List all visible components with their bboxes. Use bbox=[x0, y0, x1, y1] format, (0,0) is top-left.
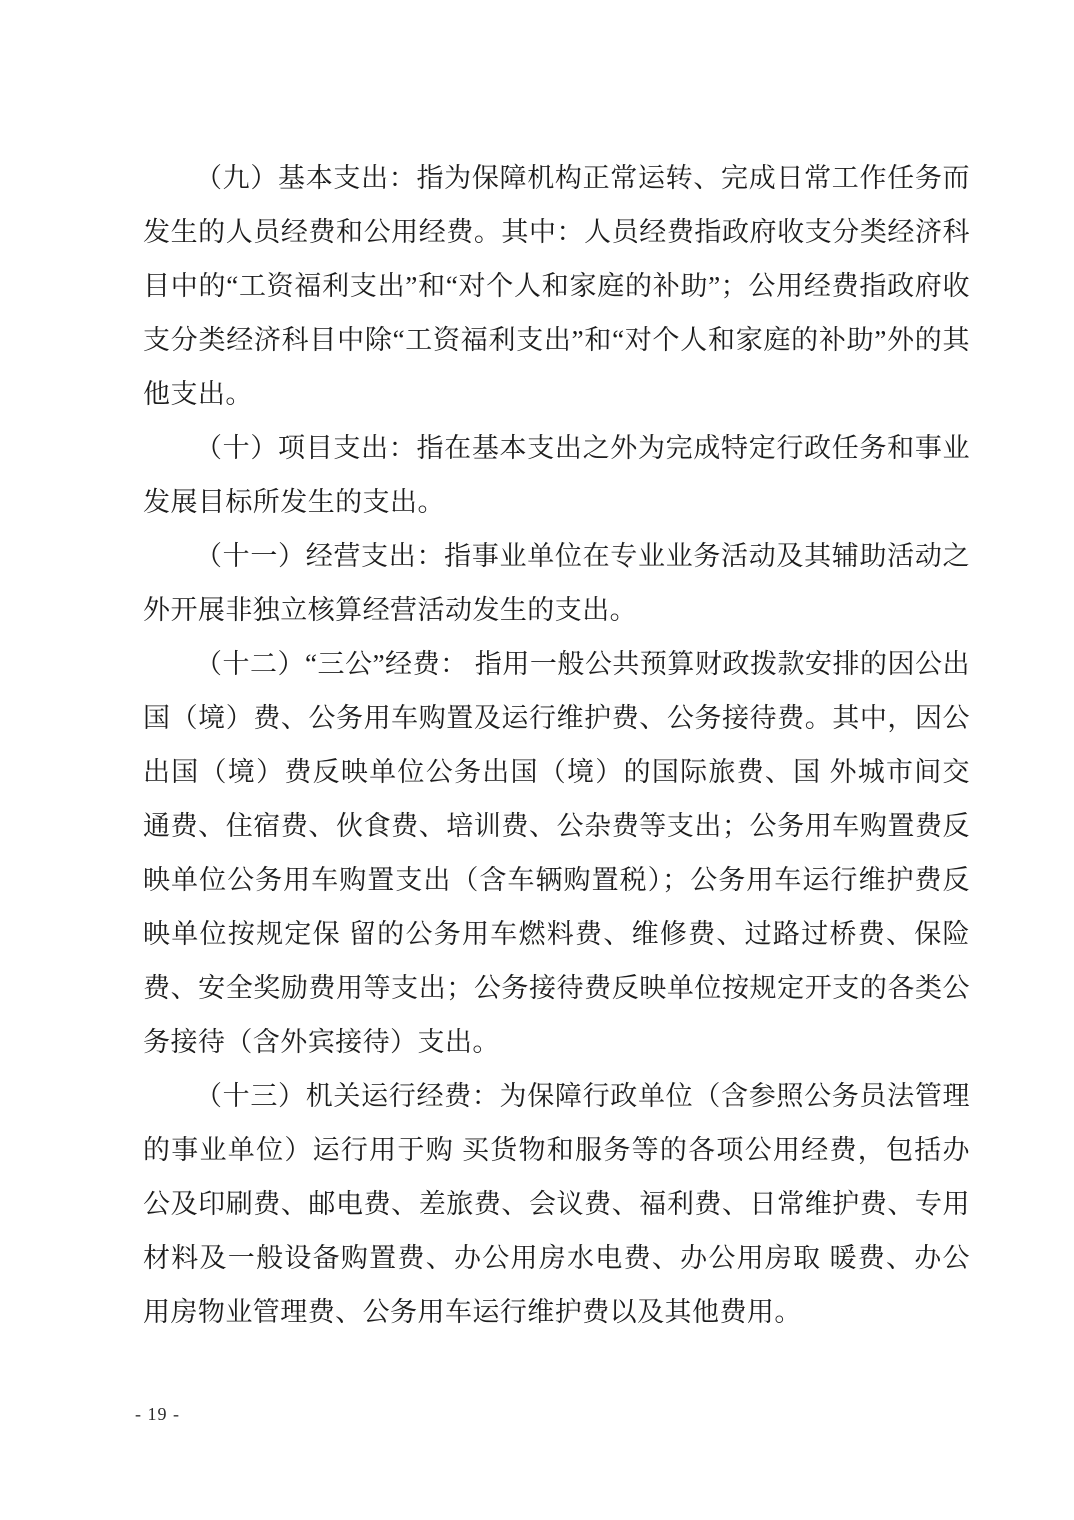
paragraph-project-expenditure: （十）项目支出：指在基本支出之外为完成特定行政任务和事业发展目标所发生的支出。 bbox=[143, 421, 970, 529]
paragraph-three-public-funds: （十二）“三公”经费： 指用一般公共预算财政拨款安排的因公出国（境）费、公务用车… bbox=[143, 637, 970, 1069]
paragraph-agency-operating-costs: （十三）机关运行经费：为保障行政单位（含参照公务员法管理的事业单位）运行用于购 … bbox=[143, 1069, 970, 1339]
page-number: - 19 - bbox=[135, 1402, 180, 1426]
document-page: （九）基本支出：指为保障机构正常运转、完成日常工作任务而发生的人员经费和公用经费… bbox=[0, 0, 1074, 1520]
document-body: （九）基本支出：指为保障机构正常运转、完成日常工作任务而发生的人员经费和公用经费… bbox=[143, 151, 970, 1339]
paragraph-basic-expenditure: （九）基本支出：指为保障机构正常运转、完成日常工作任务而发生的人员经费和公用经费… bbox=[143, 151, 970, 421]
paragraph-operating-expenditure: （十一）经营支出：指事业单位在专业业务活动及其辅助活动之外开展非独立核算经营活动… bbox=[143, 529, 970, 637]
